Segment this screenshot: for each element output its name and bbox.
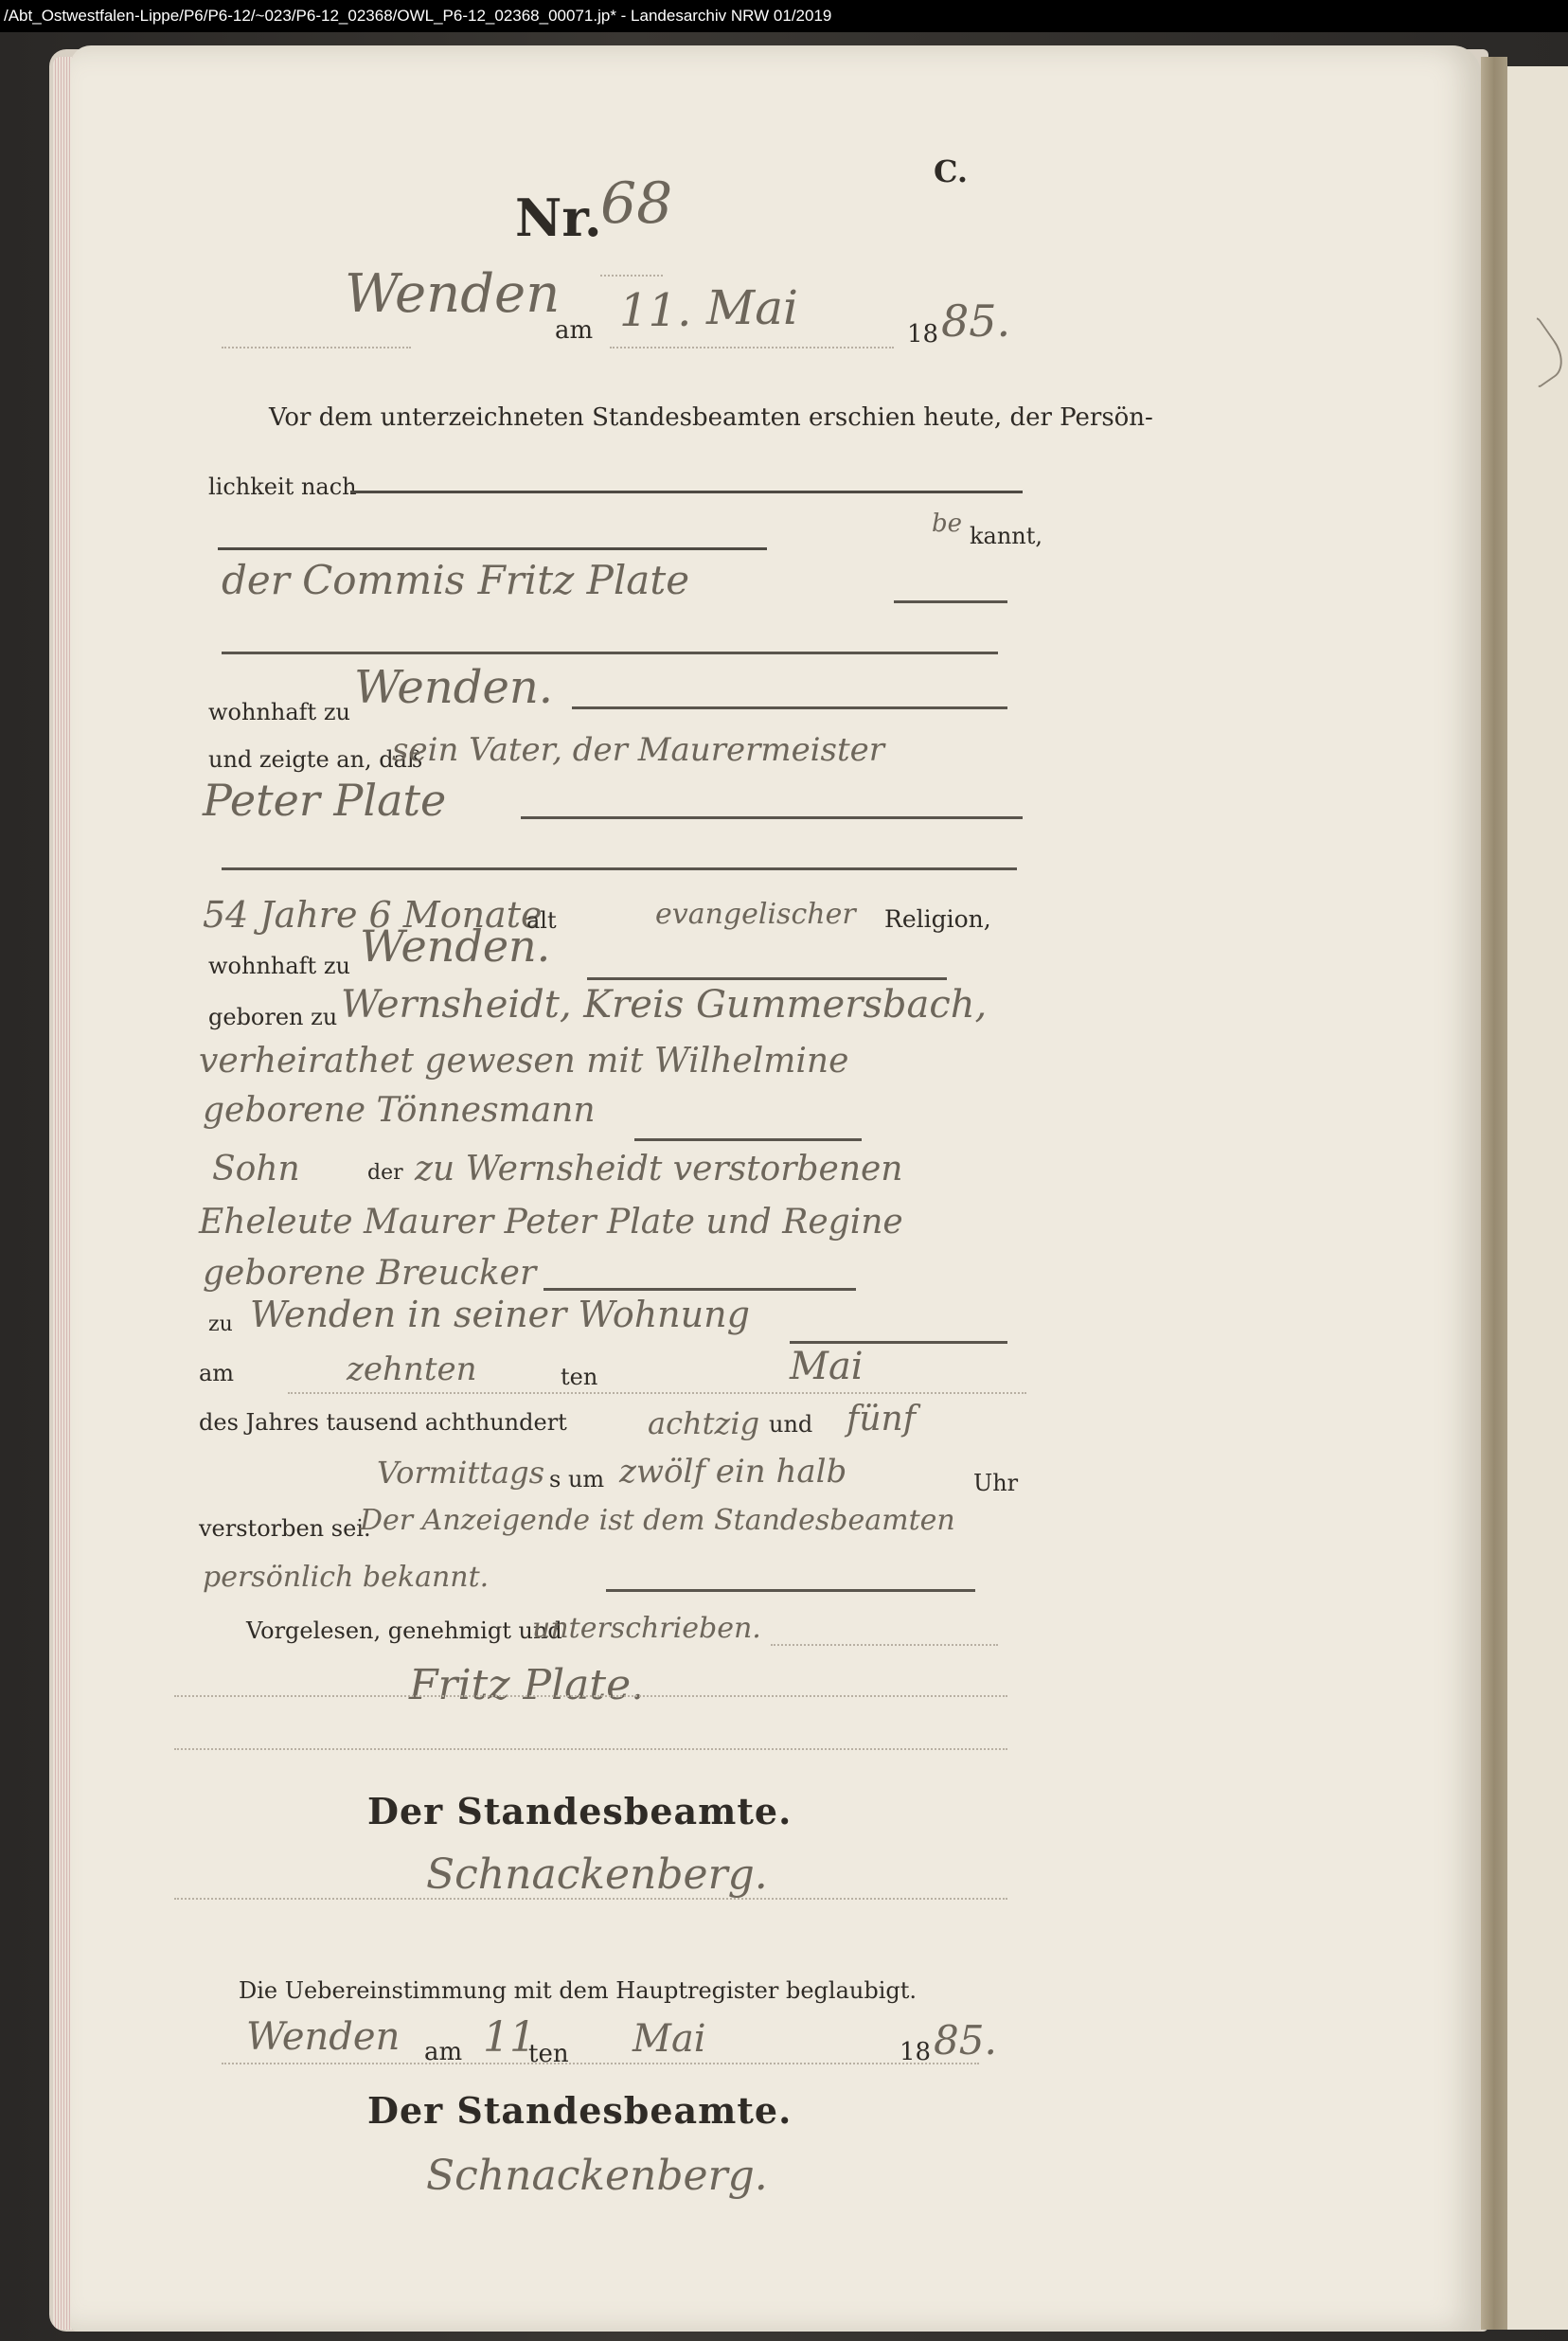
bekannt-handwritten: be: [932, 509, 962, 538]
geboren-value: Wernsheidt, Kreis Gummersbach,: [341, 983, 987, 1027]
declarant-fill-rule: [894, 600, 1007, 603]
religion-value: evangelischer: [655, 898, 856, 931]
series-letter: C.: [934, 153, 968, 189]
deceased-fill-rule: [521, 816, 1023, 819]
struck-line-1: [350, 491, 1023, 493]
window-title: /Abt_Ostwestfalen-Lippe/P6/P6-12/~023/P6…: [4, 7, 831, 25]
cert-official-title: Der Standesbeamte.: [367, 2089, 792, 2132]
note-line-1: Der Anzeigende ist dem Standesbeamten: [360, 1504, 955, 1537]
facing-page-handwriting-stroke: [1504, 315, 1568, 389]
hour-value: zwölf ein halb: [619, 1453, 846, 1491]
number-label: Nr.: [515, 188, 602, 248]
married-line: verheirathet gewesen mit Wilhelmine: [199, 1042, 848, 1081]
spouse-line: geborene Tönnesmann: [203, 1091, 596, 1130]
und-label: und: [769, 1411, 812, 1438]
parents-line-2: Eheleute Maurer Peter Plate und Regine: [199, 1203, 903, 1242]
geboren-label: geboren zu: [208, 1004, 337, 1030]
sohn-value: Sohn: [212, 1150, 300, 1188]
lichkeit-label: lichkeit nach: [208, 474, 357, 500]
uhr-label: Uhr: [973, 1470, 1018, 1496]
cert-year-suffix: 85.: [934, 2017, 997, 2064]
der-label: der: [367, 1161, 403, 1185]
intro-text: Vor dem unterzeichneten Standesbeamten e…: [269, 403, 1153, 432]
declarant-name: der Commis Fritz Plate: [222, 557, 689, 603]
zeigte-label: und zeigte an, daß: [208, 746, 422, 773]
official-signature: Schnackenberg.: [426, 1850, 768, 1899]
year-prefix: 18: [907, 320, 938, 348]
wohnhaft-fill-rule: [572, 706, 1007, 709]
time-value: Vormittags: [377, 1455, 544, 1491]
vorgelesen-dotted-line: [771, 1644, 998, 1646]
date-dotted-line: [610, 347, 894, 348]
facing-page: [1507, 66, 1568, 2330]
parents-line-1: zu Wernsheidt verstorbenen: [415, 1150, 903, 1188]
year-suffix: 85.: [941, 295, 1010, 347]
place-dotted-line: [222, 347, 411, 348]
month-word: Mai: [790, 1345, 864, 1388]
vorgelesen-label: Vorgelesen, genehmigt und: [246, 1617, 562, 1644]
signature-dotted-line-1: [174, 1695, 1007, 1697]
date-month: Mai: [706, 280, 798, 335]
wohnhaft2-value: Wenden.: [360, 920, 550, 972]
cert-year-prefix: 18: [900, 2038, 931, 2066]
cert-place: Wenden: [246, 2015, 400, 2059]
note-fill-rule: [606, 1589, 975, 1592]
wohnhaft-value: Wenden.: [354, 661, 553, 714]
signature-dotted-line-2: [174, 1748, 1007, 1750]
ten-label: ten: [561, 1364, 597, 1390]
cert-official-signature: Schnackenberg.: [426, 2152, 768, 2200]
wohnhaft-label: wohnhaft zu: [208, 699, 350, 725]
certification-text: Die Uebereinstimmung mit dem Hauptregist…: [239, 1977, 917, 2004]
decade-value: achtzig: [648, 1405, 759, 1441]
register-page: C. Nr. 68 Wenden am 11. Mai 18 85. Vor d…: [70, 45, 1481, 2332]
unit-value: fünf: [846, 1400, 916, 1439]
death-place-fill-rule: [790, 1341, 1007, 1344]
note-line-2: persönlich bekannt.: [203, 1561, 489, 1594]
number-dotted-line: [600, 275, 663, 277]
struck-line-2: [218, 547, 767, 550]
religion-label: Religion,: [884, 905, 991, 933]
bekannt-label: kannt,: [970, 523, 1042, 549]
wohnhaft2-fill-rule: [587, 977, 947, 980]
place-handwritten: Wenden: [345, 263, 560, 325]
date-dotted-line-2: [288, 1392, 1026, 1394]
official-title: Der Standesbeamte.: [367, 1790, 792, 1832]
zu-label: zu: [208, 1313, 233, 1336]
deceased-name: Peter Plate: [203, 775, 446, 826]
day-word: zehnten: [347, 1350, 477, 1388]
death-place: Wenden in seiner Wohnung: [250, 1294, 750, 1335]
parents-line-3: geborene Breucker: [203, 1254, 536, 1293]
am-label-2: am: [199, 1360, 234, 1386]
record-number: 68: [600, 170, 672, 237]
zeigte-value: sein Vater, der Maurermeister: [392, 731, 884, 769]
verstorben-label: verstorben sei.: [199, 1515, 371, 1542]
window-title-bar: /Abt_Ostwestfalen-Lippe/P6/P6-12/~023/P6…: [0, 0, 1568, 32]
blank-fill-rule-2: [222, 867, 1017, 870]
book-gutter: [1481, 57, 1507, 2330]
official-dotted-line: [174, 1898, 1007, 1900]
vorgelesen-value: unterschrieben.: [532, 1612, 761, 1645]
date-day: 11.: [619, 284, 691, 337]
am-label: am: [555, 316, 593, 345]
blank-fill-rule: [222, 652, 998, 654]
um-label: s um: [549, 1466, 604, 1492]
cert-month: Mai: [633, 2017, 706, 2061]
spouse-fill-rule: [634, 1138, 862, 1141]
wohnhaft2-label: wohnhaft zu: [208, 953, 350, 979]
cert-dotted-line: [222, 2063, 979, 2064]
declarant-signature: Fritz Plate.: [409, 1661, 644, 1709]
parents-fill-rule: [543, 1288, 856, 1291]
jahres-label: des Jahres tausend achthundert: [199, 1409, 567, 1436]
